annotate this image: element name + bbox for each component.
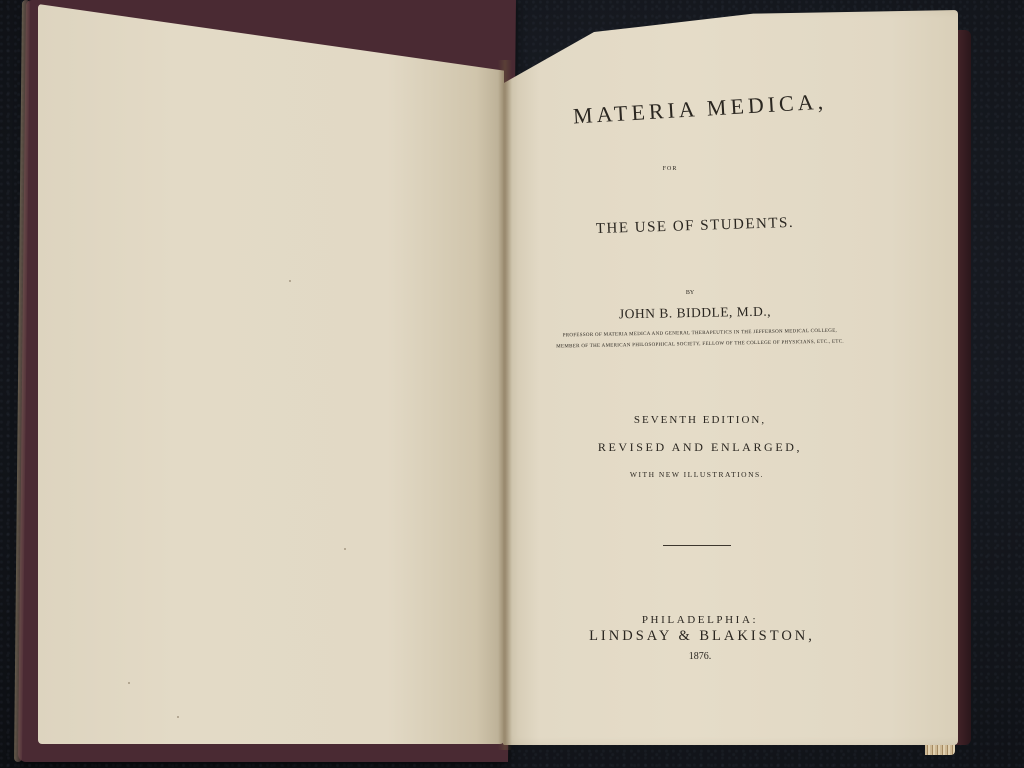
byline-label: BY <box>680 290 700 296</box>
left-page-blank <box>38 4 504 744</box>
foxing-spot <box>344 548 346 550</box>
edition-line: SEVENTH EDITION, <box>620 414 780 426</box>
publisher-name: LINDSAY & BLAKISTON, <box>586 628 818 645</box>
author-name: JOHN B. BIDDLE, M.D., <box>615 304 775 323</box>
publisher-city: PHILADELPHIA: <box>620 614 780 626</box>
illustrations-line: WITH NEW ILLUSTRATIONS. <box>612 470 782 479</box>
foxing-spot <box>128 682 130 684</box>
foxing-spot <box>289 280 291 282</box>
title-connector: FOR <box>655 166 685 172</box>
publication-year: 1876. <box>670 651 730 662</box>
ornamental-rule <box>663 545 731 546</box>
foxing-spot <box>177 716 179 718</box>
book-gutter <box>498 60 512 750</box>
revision-line: REVISED AND ENLARGED, <box>580 440 820 455</box>
